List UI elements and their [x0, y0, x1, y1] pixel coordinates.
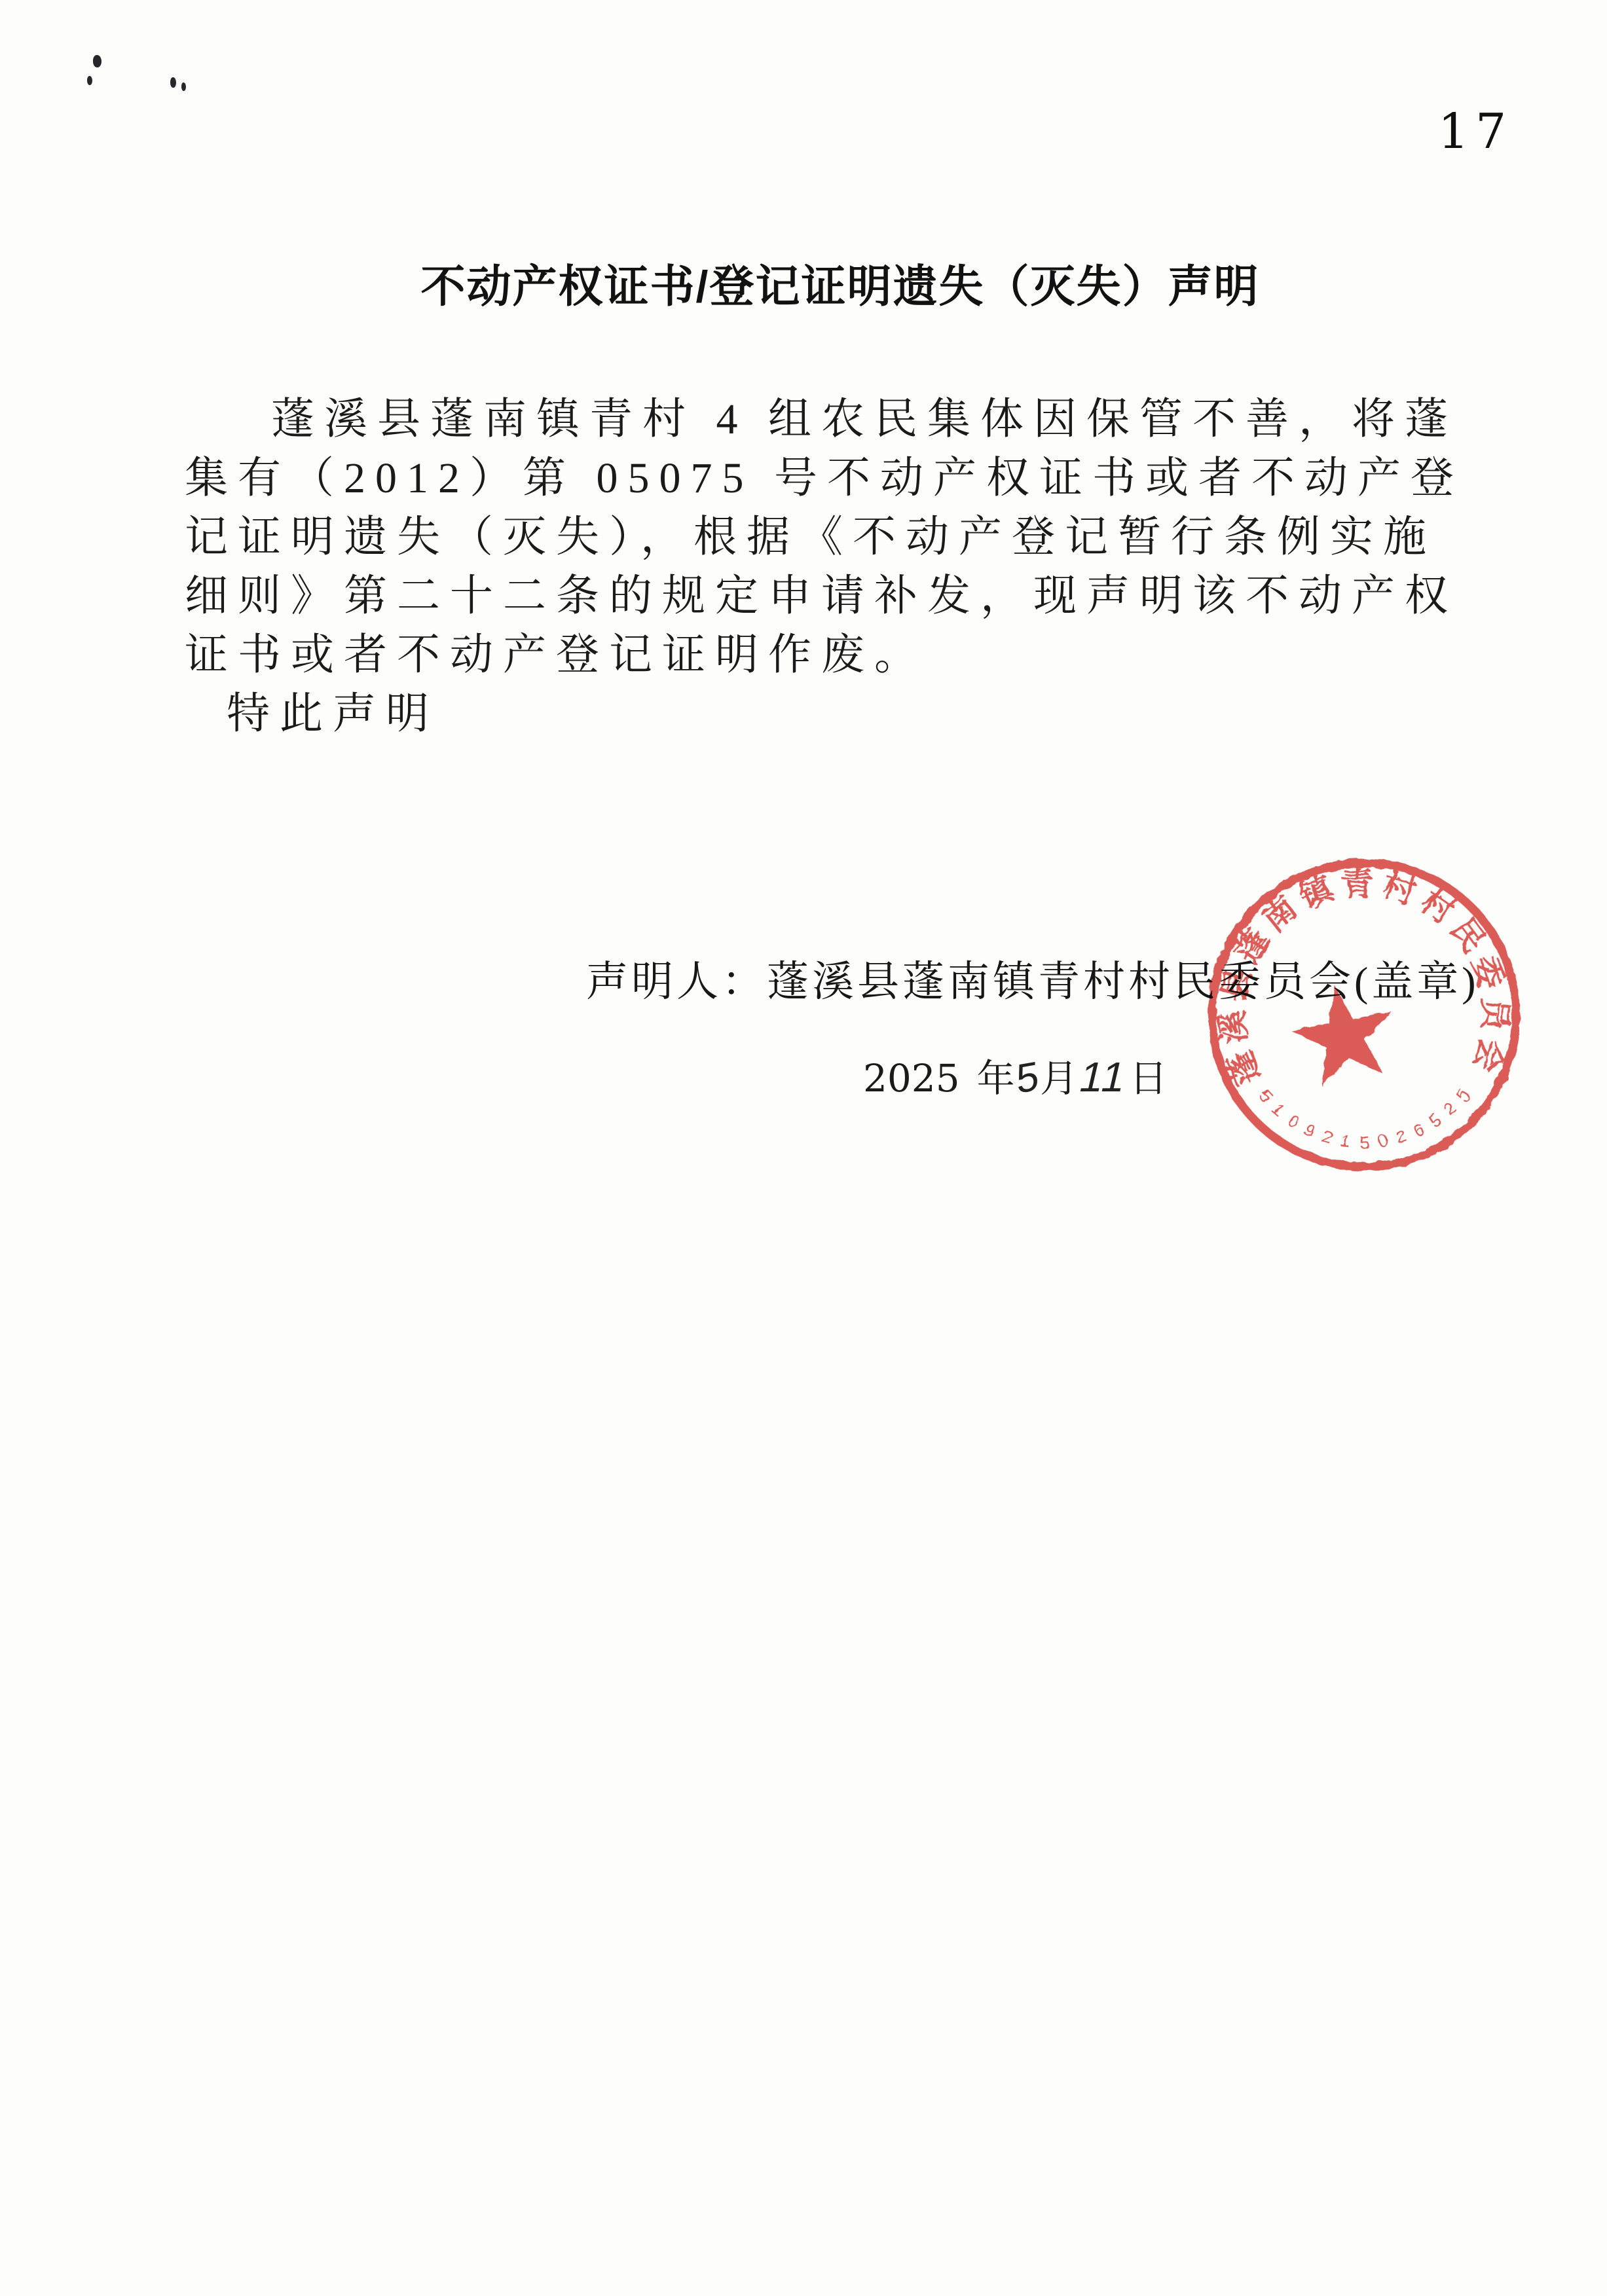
date-month-unit: 月	[1040, 1056, 1078, 1101]
body-line-5: 证书或者不动产登记证明作废。	[185, 626, 1494, 685]
date-day-handwritten: 11	[1075, 1053, 1133, 1101]
document-page: 17 不动产权证书/登记证明遗失（灭失）声明 蓬溪县蓬南镇青村 4 组农民集体因…	[0, 0, 1607, 2296]
seal-ring	[1204, 855, 1524, 1175]
body-line-2: 集有（2012）第 05075 号不动产权证书或者不动产登	[185, 449, 1494, 508]
ink-speck	[93, 55, 102, 67]
closing-line: 特此声明	[185, 685, 1494, 744]
signature-label: 声明人：	[586, 958, 767, 1005]
seal-star-icon	[1289, 982, 1395, 1087]
date-year-unit: 年	[977, 1056, 1015, 1101]
seal-graphic: 蓬溪县蓬南镇青村村民委员会 5109215026525	[1192, 843, 1536, 1186]
ink-speck	[87, 76, 92, 85]
body-line-1: 蓬溪县蓬南镇青村 4 组农民集体因保管不善，将蓬	[185, 390, 1494, 449]
document-title: 不动产权证书/登记证明遗失（灭失）声明	[37, 251, 1607, 315]
document-body: 蓬溪县蓬南镇青村 4 组农民集体因保管不善，将蓬 集有（2012）第 05075…	[185, 390, 1494, 744]
official-seal: 蓬溪县蓬南镇青村村民委员会 5109215026525	[1192, 843, 1536, 1186]
ink-speck	[181, 82, 186, 91]
date-month-handwritten: 5	[1016, 1053, 1039, 1104]
body-line-4: 细则》第二十二条的规定申请补发，现声明该不动产权	[185, 567, 1494, 626]
date-day-unit: 日	[1130, 1056, 1168, 1101]
page-number: 17	[1438, 103, 1513, 160]
date-line: 2025年5月11日	[863, 1048, 1168, 1102]
ink-speck	[170, 77, 176, 88]
date-year: 2025	[863, 1056, 960, 1101]
body-line-3: 记证明遗失（灭失），根据《不动产登记暂行条例实施	[185, 508, 1494, 567]
